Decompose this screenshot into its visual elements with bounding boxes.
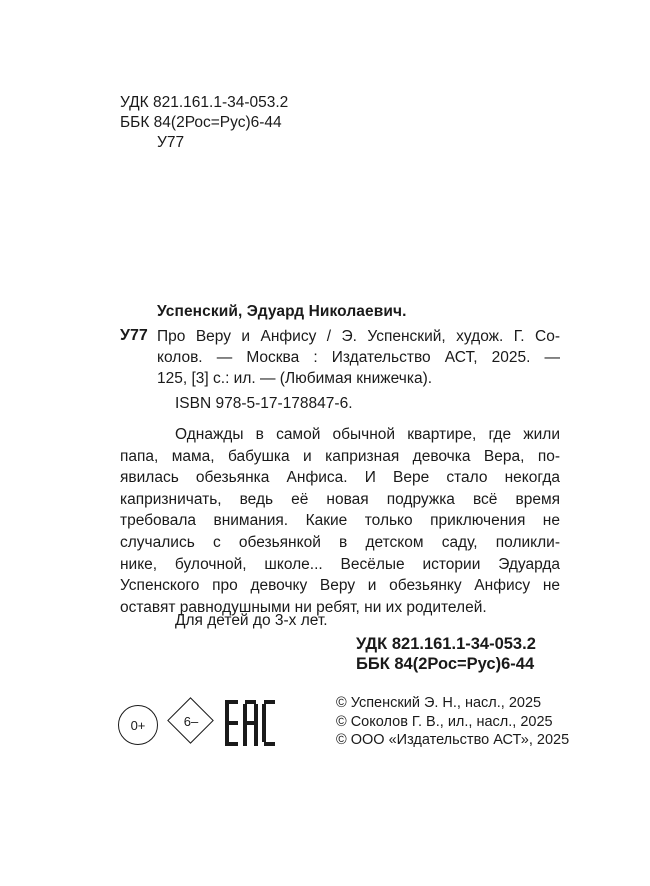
annotation-line: папа, мама, бабушка и капризная девочка … xyxy=(120,446,560,468)
bibliographic-description: Про Веру и Анфису / Э. Успенский, худож.… xyxy=(157,326,560,389)
eac-icon xyxy=(225,700,275,746)
udk-code-bold: УДК 821.161.1-34-053.2 xyxy=(356,634,536,654)
annotation-line: случались с обезьянкой в детском саду, п… xyxy=(120,532,560,554)
biblio-line: колов. — Москва : Издательство АСТ, 2025… xyxy=(157,347,560,368)
age-diamond-label: 6– xyxy=(167,697,215,745)
biblio-line: 125, [3] с.: ил. — (Любимая книжечка). xyxy=(157,368,560,389)
copyright-line: © Успенский Э. Н., насл., 2025 xyxy=(336,694,569,713)
udk-code: УДК 821.161.1-34-053.2 xyxy=(120,93,288,113)
annotation-line: явилась обезьянка Анфиса. И Вере стало н… xyxy=(120,467,560,489)
top-classification-codes: УДК 821.161.1-34-053.2 ББК 84(2Рос=Рус)6… xyxy=(120,93,288,153)
age-rating-circle-icon: 0+ xyxy=(118,705,158,745)
annotation: Однажды в самой обычной квартире, где жи… xyxy=(120,424,560,618)
age-diamond-icon: 6– xyxy=(167,697,215,745)
age-rating-label: 0+ xyxy=(131,718,146,733)
catalog-author: Успенский, Эдуард Николаевич. xyxy=(157,302,407,322)
bottom-classification-codes: УДК 821.161.1-34-053.2 ББК 84(2Рос=Рус)6… xyxy=(356,634,536,674)
annotation-line: капризничать, ведь её новая подружка всё… xyxy=(120,489,560,511)
annotation-line: требовала внимания. Какие только приключ… xyxy=(120,510,560,532)
isbn: ISBN 978-5-17-178847-6. xyxy=(175,394,353,414)
catalog-author-mark: У77 xyxy=(120,326,148,346)
bbk-code-bold: ББК 84(2Рос=Рус)6-44 xyxy=(356,654,536,674)
bbk-code: ББК 84(2Рос=Рус)6-44 xyxy=(120,113,288,133)
annotation-line: Однажды в самой обычной квартире, где жи… xyxy=(120,424,560,446)
annotation-line: Успенского про девочку Веру и обезьянку … xyxy=(120,575,560,597)
annotation-line: нике, булочной, школе... Весёлые истории… xyxy=(120,554,560,576)
copyright-line: © Соколов Г. В., ил., насл., 2025 xyxy=(336,713,569,732)
copyright-block: © Успенский Э. Н., насл., 2025 © Соколов… xyxy=(336,694,569,750)
biblio-line: Про Веру и Анфису / Э. Успенский, худож.… xyxy=(157,326,560,347)
copyright-line: © ООО «Издательство АСТ», 2025 xyxy=(336,731,569,750)
author-mark: У77 xyxy=(120,133,288,153)
audience-note: Для детей до 3-х лет. xyxy=(175,611,328,631)
